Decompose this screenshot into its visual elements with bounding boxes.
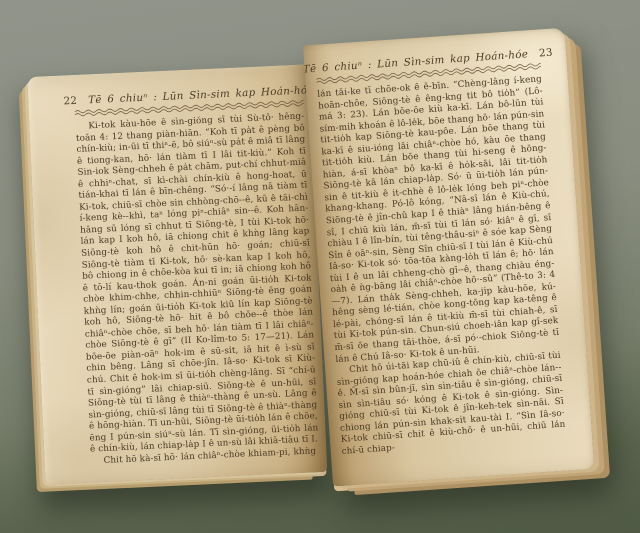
right-page: Tē 6 chiuⁿ : Lūn Sìn-sim kap Hoán-hóe 23… — [303, 28, 594, 487]
left-page-content: 22 Tē 6 chiuⁿ : Lūn Sìn-sim kap Hoán-hóe… — [74, 85, 320, 469]
body-paragraph: Chit hō úi-tāi kap chū-iû ê chín-kiù, ch… — [336, 351, 567, 458]
left-page: 22 Tē 6 chiuⁿ : Lūn Sìn-sim kap Hoán-hóe… — [27, 64, 327, 484]
page-body: lán tāi-ke tī chōe-ok ê ē-bīn. “Chèng-lâ… — [317, 74, 567, 458]
page-body: Ki-tok kàu-hōe ê sìn-gióng sī tùi Sù-tô·… — [75, 112, 319, 468]
open-book: 22 Tē 6 chiuⁿ : Lūn Sìn-sim kap Hoán-hóe… — [12, 15, 627, 517]
page-number: 23 — [539, 47, 553, 60]
page-number: 22 — [63, 95, 77, 108]
photo-background: 22 Tē 6 chiuⁿ : Lūn Sìn-sim kap Hoán-hóe… — [0, 0, 640, 533]
right-page-content: Tē 6 chiuⁿ : Lūn Sìn-sim kap Hoán-hóe 23… — [315, 47, 568, 473]
body-paragraph: Ki-tok kàu-hōe ê sìn-gióng sī tùi Sù-tô·… — [75, 112, 319, 457]
body-paragraph: lán tāi-ke tī chōe-ok ê ē-bīn. “Chèng-lâ… — [317, 74, 560, 366]
